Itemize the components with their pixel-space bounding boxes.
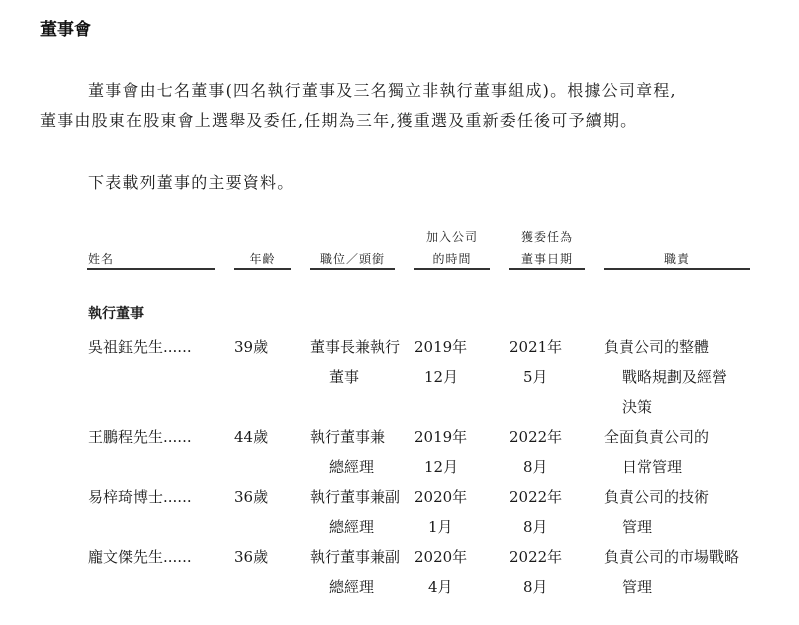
joined-year: 2020年 xyxy=(414,546,467,567)
director-position-line1: 董事長兼執行 xyxy=(310,336,400,357)
intro-line-2: 董事由股東在股東會上選舉及委任,任期為三年,獲重選及重新委任後可予續期。 xyxy=(40,108,637,131)
appointed-month: 5月 xyxy=(523,366,548,387)
appointed-year: 2022年 xyxy=(509,546,562,567)
header-rule-duties xyxy=(604,268,750,270)
joined-month: 1月 xyxy=(428,516,453,537)
appointed-year: 2022年 xyxy=(509,426,562,447)
director-name: 王鵬程先生...... xyxy=(88,426,192,447)
header-position: 職位／頭銜 xyxy=(310,250,395,267)
duties-line2: 日常管理 xyxy=(622,456,682,477)
header-joined-line1: 加入公司 xyxy=(414,228,490,245)
joined-year: 2019年 xyxy=(414,426,467,447)
duties-line2: 管理 xyxy=(622,576,652,597)
header-rule-appointed xyxy=(509,268,585,270)
director-position-line1: 執行董事兼副 xyxy=(310,486,400,507)
header-appointed-line1: 獲委任為 xyxy=(509,228,585,245)
appointed-month: 8月 xyxy=(523,456,548,477)
header-duties: 職責 xyxy=(604,250,750,267)
duties-line1: 負責公司的市場戰略 xyxy=(604,546,739,567)
duties-line2: 戰略規劃及經營 xyxy=(622,366,727,387)
header-joined-line2: 的時間 xyxy=(414,250,490,267)
appointed-month: 8月 xyxy=(523,516,548,537)
director-name: 易梓琦博士...... xyxy=(88,486,192,507)
director-position-line2: 總經理 xyxy=(329,516,374,537)
director-position-line1: 執行董事兼副 xyxy=(310,546,400,567)
header-appointed-line2: 董事日期 xyxy=(509,250,585,267)
joined-year: 2019年 xyxy=(414,336,467,357)
director-name: 龐文傑先生...... xyxy=(88,546,192,567)
header-rule-name xyxy=(87,268,215,270)
header-rule-position xyxy=(310,268,395,270)
appointed-year: 2022年 xyxy=(509,486,562,507)
director-position-line2: 總經理 xyxy=(329,456,374,477)
duties-line1: 負責公司的整體 xyxy=(604,336,709,357)
duties-line2: 管理 xyxy=(622,516,652,537)
director-position-line2: 總經理 xyxy=(329,576,374,597)
intro-line-1: 董事會由七名董事(四名執行董事及三名獨立非執行董事組成)。根據公司章程, xyxy=(88,78,677,101)
duties-line1: 全面負責公司的 xyxy=(604,426,709,447)
section-heading: 董事會 xyxy=(40,15,91,40)
director-age: 44歲 xyxy=(234,426,268,447)
appointed-month: 8月 xyxy=(523,576,548,597)
header-name: 姓名 xyxy=(88,250,114,267)
joined-month: 4月 xyxy=(428,576,453,597)
director-age: 36歲 xyxy=(234,486,268,507)
director-position-line2: 董事 xyxy=(329,366,359,387)
appointed-year: 2021年 xyxy=(509,336,562,357)
header-rule-joined xyxy=(414,268,490,270)
director-position-line1: 執行董事兼 xyxy=(310,426,385,447)
joined-year: 2020年 xyxy=(414,486,467,507)
director-age: 36歲 xyxy=(234,546,268,567)
intro-line-3: 下表載列董事的主要資料。 xyxy=(88,170,294,193)
director-name: 吳祖鈺先生...... xyxy=(88,336,192,357)
duties-line3: 決策 xyxy=(622,396,652,417)
duties-line1: 負責公司的技術 xyxy=(604,486,709,507)
section-label-executive-directors: 執行董事 xyxy=(88,303,144,323)
joined-month: 12月 xyxy=(424,456,458,477)
header-rule-age xyxy=(234,268,291,270)
header-age: 年齡 xyxy=(234,250,291,267)
director-age: 39歲 xyxy=(234,336,268,357)
joined-month: 12月 xyxy=(424,366,458,387)
